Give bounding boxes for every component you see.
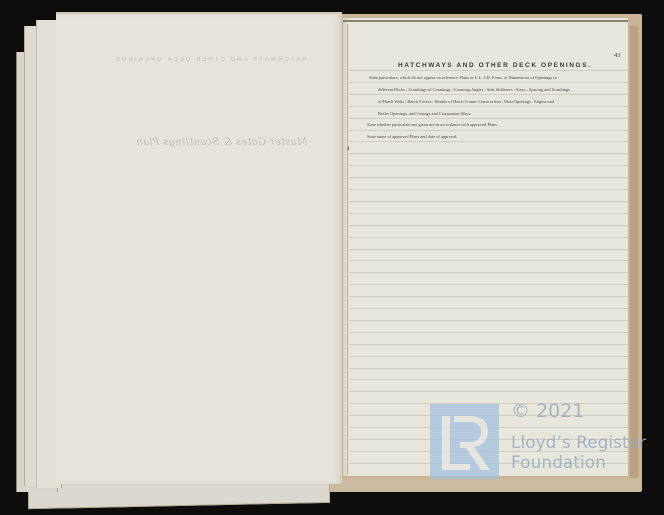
bleed-through-header: HATCHWAYS AND OTHER DECK OPENINGS <box>114 57 307 63</box>
ruled-line <box>349 284 628 285</box>
ruled-line <box>349 201 628 202</box>
instruction-line: State whether particulars not given are … <box>367 122 498 127</box>
page-edges-right <box>630 26 638 488</box>
ruled-line <box>349 249 628 250</box>
ruled-line <box>349 189 628 190</box>
right-page-margin-line <box>347 24 348 474</box>
ruled-line <box>349 356 628 357</box>
instruction-line: of Hatch Webs ; Hatch Covers ; Details o… <box>378 99 554 104</box>
ruled-line <box>349 391 628 392</box>
ruled-line <box>349 106 628 107</box>
left-page <box>56 12 342 484</box>
ruled-line <box>349 320 628 321</box>
ruled-line <box>349 296 628 297</box>
ink-mark <box>348 147 349 150</box>
ruled-line <box>349 237 628 238</box>
ruled-line <box>349 130 628 131</box>
page-number: 43 <box>614 52 621 59</box>
watermark-org-line1: Lloyd’s Register <box>511 433 646 453</box>
lr-logo-icon <box>430 404 499 479</box>
ruled-line <box>349 379 628 380</box>
ruled-line <box>349 225 628 226</box>
ruled-line <box>349 177 628 178</box>
ruled-line <box>349 94 628 95</box>
instruction-line: State particulars, which do not appear o… <box>369 75 557 80</box>
ruled-line <box>349 368 628 369</box>
watermark-org-line2: Foundation <box>511 453 646 473</box>
ruled-line <box>349 260 628 261</box>
ruled-line <box>349 213 628 214</box>
bleed-through-handwriting: Master Gates & Scantlings Plan <box>136 137 307 148</box>
ruled-line <box>349 332 628 333</box>
ruled-line <box>349 344 628 345</box>
ruled-line <box>349 70 628 71</box>
instruction-line: Boiler Openings, and Casings and Compani… <box>378 111 471 116</box>
watermark-organization: Lloyd’s Register Foundation <box>511 433 646 473</box>
ruled-line <box>349 141 628 142</box>
page-title: HATCHWAYS AND OTHER DECK OPENINGS. <box>398 62 592 69</box>
ruled-line <box>349 153 628 154</box>
ruled-line <box>349 308 628 309</box>
ruled-line <box>349 165 628 166</box>
instruction-line: different Decks ; Scantlings of Coamings… <box>378 87 570 92</box>
instruction-line: State name of approved Plans and date of… <box>367 134 457 139</box>
ruled-line <box>349 118 628 119</box>
right-page-top-edge <box>343 20 628 22</box>
watermark-copyright: © 2021 <box>511 400 584 422</box>
ruled-line <box>349 272 628 273</box>
ruled-line <box>349 82 628 83</box>
